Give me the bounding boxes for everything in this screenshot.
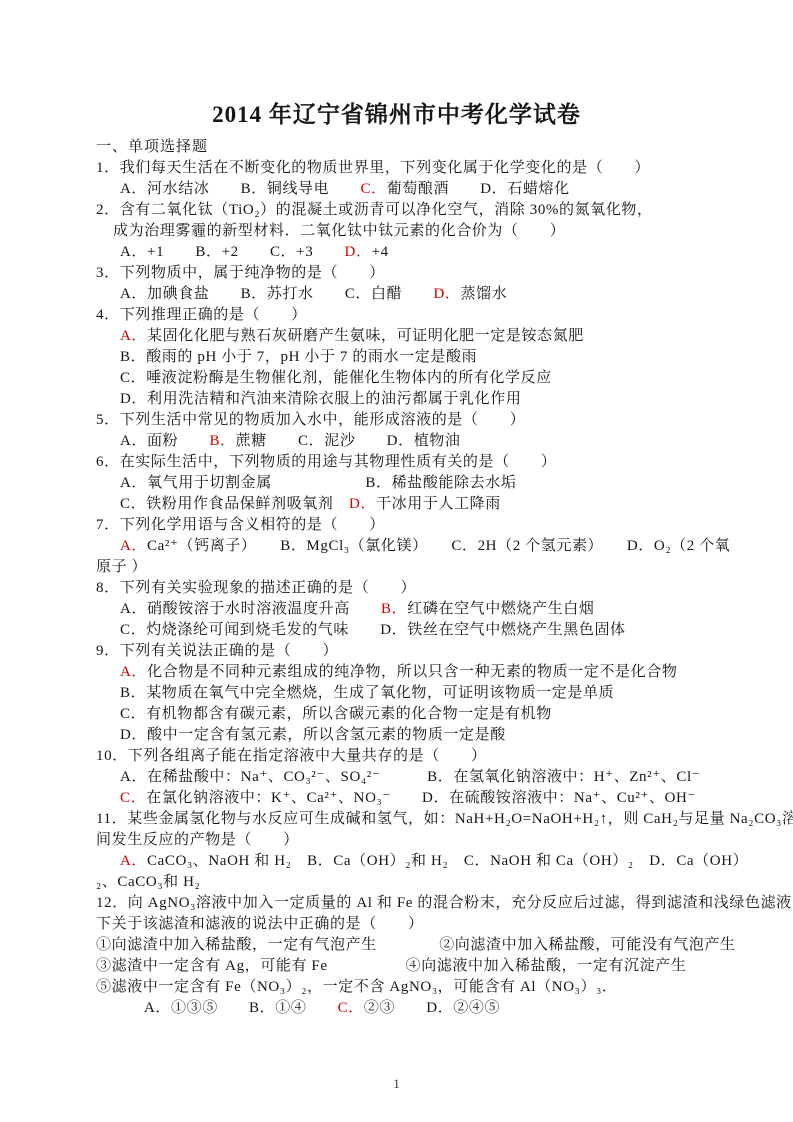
text-segment: A．河水结冰 B．铜线导电 bbox=[120, 181, 360, 197]
text-line: C．有机物都含有碳元素，所以含碳元素的化合物一定是有机物 bbox=[96, 704, 733, 725]
text-segment: Ca²⁺（钙离子） B．MgCl₃（氯化镁） C．2H（2 个氢元素） D．O₂… bbox=[147, 538, 730, 554]
text-segment: ③滤渣中一定含有 Ag，可能有 Fe ④向滤液中加入稀盐酸，一定有沉淀产生 bbox=[96, 958, 686, 974]
text-line: ①向滤渣中加入稀盐酸，一定有气泡产生 ②向滤渣中加入稀盐酸，可能没有气泡产生 bbox=[96, 935, 733, 956]
correct-answer-letter: C． bbox=[338, 1000, 364, 1016]
text-segment: D．酸中一定含有氢元素，所以含氢元素的物质一定是酸 bbox=[120, 727, 506, 743]
text-line: 12．向 AgNO₃溶液中加入一定质量的 Al 和 Fe 的混合粉末，充分反应后… bbox=[96, 893, 733, 914]
section-heading: 一、单项选择题 bbox=[96, 137, 793, 158]
text-line: ⑤滤液中一定含有 Fe（NO₃）₂，一定不含 AgNO₃，可能含有 Al（NO₃… bbox=[96, 977, 733, 998]
text-line: A．+1 B．+2 C．+3 D．+4 bbox=[96, 242, 733, 263]
text-segment: 成为治理雾霾的新型材料．二氧化钛中钛元素的化合价为（ ） bbox=[113, 223, 565, 239]
text-segment: 4．下列推理正确的是（ ） bbox=[96, 307, 307, 323]
text-segment: A．面粉 bbox=[120, 433, 209, 449]
correct-answer-letter: C． bbox=[120, 790, 146, 806]
text-line: 8．下列有关实验现象的描述正确的是（ ） bbox=[96, 578, 733, 599]
text-segment: 12．向 AgNO₃溶液中加入一定质量的 Al 和 Fe 的混合粉末，充分反应后… bbox=[96, 895, 793, 911]
text-segment: ⑤滤液中一定含有 Fe（NO₃）₂，一定不含 AgNO₃，可能含有 Al（NO₃… bbox=[96, 979, 618, 995]
text-line: 7．下列化学用语与含义相符的是（ ） bbox=[96, 515, 733, 536]
text-line: A．加碘食盐 B．苏打水 C．白醋 D．蒸馏水 bbox=[96, 284, 733, 305]
text-segment: 3．下列物质中，属于纯净物的是（ ） bbox=[96, 265, 385, 281]
text-line: A．Ca²⁺（钙离子） B．MgCl₃（氯化镁） C．2H（2 个氢元素） D．… bbox=[96, 536, 733, 557]
correct-answer-letter: D． bbox=[349, 496, 376, 512]
text-line: 原子 ） bbox=[96, 557, 733, 578]
text-segment: C．铁粉用作食品保鲜剂吸氧剂 bbox=[120, 496, 349, 512]
text-segment: 1．我们每天生活在不断变化的物质世界里，下列变化属于化学变化的是（ ） bbox=[96, 160, 650, 176]
text-line: 9．下列有关说法正确的是（ ） bbox=[96, 641, 733, 662]
text-segment: ②③ D．②④⑤ bbox=[364, 1000, 500, 1016]
correct-answer-letter: B． bbox=[381, 601, 407, 617]
text-segment: 2．含有二氧化钛（TiO₂）的混凝土或沥青可以净化空气，消除 30%的氮氧化物， bbox=[96, 202, 653, 218]
text-line: 间发生反应的产物是（ ） bbox=[96, 830, 733, 851]
text-segment: CaCO₃、NaOH 和 H₂ B．Ca（OH）₂和 H₂ C．NaOH 和 C… bbox=[147, 853, 748, 869]
text-line: 1．我们每天生活在不断变化的物质世界里，下列变化属于化学变化的是（ ） bbox=[96, 158, 733, 179]
text-segment: ①向滤渣中加入稀盐酸，一定有气泡产生 ②向滤渣中加入稀盐酸，可能没有气泡产生 bbox=[96, 937, 736, 953]
text-segment: C．有机物都含有碳元素，所以含碳元素的化合物一定是有机物 bbox=[120, 706, 552, 722]
correct-answer-letter: C． bbox=[360, 181, 386, 197]
text-segment: 间发生反应的产物是（ ） bbox=[96, 832, 299, 848]
text-line: A．面粉 B．蔗糖 C．泥沙 D．植物油 bbox=[96, 431, 733, 452]
text-line: 成为治理雾霾的新型材料．二氧化钛中钛元素的化合价为（ ） bbox=[96, 221, 733, 242]
text-line: C．铁粉用作食品保鲜剂吸氧剂 D．干冰用于人工降雨 bbox=[96, 494, 733, 515]
exam-page: 2014 年辽宁省锦州市中考化学试卷 一、单项选择题 1．我们每天生活在不断变化… bbox=[0, 0, 793, 1122]
text-line: A．某固化化肥与熟石灰研磨产生氨味，可证明化肥一定是铵态氮肥 bbox=[96, 326, 733, 347]
text-segment: 8．下列有关实验现象的描述正确的是（ ） bbox=[96, 580, 416, 596]
text-line: 6．在实际生活中，下列物质的用途与其物理性质有关的是（ ） bbox=[96, 452, 733, 473]
text-segment: 红磷在空气中燃烧产生白烟 bbox=[407, 601, 594, 617]
text-segment: 蔗糖 C．泥沙 D．植物油 bbox=[236, 433, 461, 449]
text-segment: 7．下列化学用语与含义相符的是（ ） bbox=[96, 517, 385, 533]
text-segment: 化合物是不同种元素组成的纯净物，所以只含一种无素的物质一定不是化合物 bbox=[147, 664, 677, 680]
page-title: 2014 年辽宁省锦州市中考化学试卷 bbox=[0, 0, 793, 130]
text-segment: 葡萄酿酒 D．石蜡熔化 bbox=[387, 181, 570, 197]
text-line: A．在稀盐酸中：Na⁺、CO₃²⁻、SO₄²⁻ B．在氢氧化钠溶液中：H⁺、Zn… bbox=[96, 767, 733, 788]
correct-answer-letter: A． bbox=[120, 328, 147, 344]
text-segment: 某固化化肥与熟石灰研磨产生氨味，可证明化肥一定是铵态氮肥 bbox=[147, 328, 584, 344]
text-segment: 10．下列各组离子能在指定溶液中大量共存的是（ ） bbox=[96, 748, 487, 764]
text-line: A．①③⑤ B．①④ C．②③ D．②④⑤ bbox=[96, 998, 733, 1019]
text-line: D．利用洗洁精和汽油来清除衣服上的油污都属于乳化作用 bbox=[96, 389, 733, 410]
text-line: C．在氯化钠溶液中：K⁺、Ca²⁺、NO₃⁻ D．在硫酸铵溶液中：Na⁺、Cu²… bbox=[96, 788, 733, 809]
page-number: 1 bbox=[0, 1076, 793, 1092]
text-segment: B．某物质在氧气中完全燃烧，生成了氧化物，可证明该物质一定是单质 bbox=[120, 685, 614, 701]
text-line: 11．某些金属氢化物与水反应可生成碱和氢气，如：NaH+H₂O=NaOH+H₂↑… bbox=[96, 809, 733, 830]
correct-answer-letter: B． bbox=[209, 433, 235, 449]
text-line: C．灼烧涤纶可闻到烧毛发的气味 D．铁丝在空气中燃烧产生黑色固体 bbox=[96, 620, 733, 641]
text-line: 5．下列生活中常见的物质加入水中，能形成溶液的是（ ） bbox=[96, 410, 733, 431]
text-segment: 5．下列生活中常见的物质加入水中，能形成溶液的是（ ） bbox=[96, 412, 525, 428]
correct-answer-letter: D． bbox=[345, 244, 372, 260]
text-line: C．唾液淀粉酶是生物催化剂，能催化生物体内的所有化学反应 bbox=[96, 368, 733, 389]
text-line: ③滤渣中一定含有 Ag，可能有 Fe ④向滤液中加入稀盐酸，一定有沉淀产生 bbox=[96, 956, 733, 977]
correct-answer-letter: D． bbox=[433, 286, 460, 302]
document-body: 1．我们每天生活在不断变化的物质世界里，下列变化属于化学变化的是（ ）A．河水结… bbox=[96, 158, 733, 1019]
text-segment: A．氧气用于切割金属 B．稀盐酸能除去水垢 bbox=[120, 475, 516, 491]
text-segment: A．在稀盐酸中：Na⁺、CO₃²⁻、SO₄²⁻ B．在氢氧化钠溶液中：H⁺、Zn… bbox=[120, 769, 700, 785]
text-segment: 下关于该滤渣和滤液的说法中正确的是（ ） bbox=[96, 916, 424, 932]
text-line: A．CaCO₃、NaOH 和 H₂ B．Ca（OH）₂和 H₂ C．NaOH 和… bbox=[96, 851, 733, 872]
text-line: B．酸雨的 pH 小于 7，pH 小于 7 的雨水一定是酸雨 bbox=[96, 347, 733, 368]
text-segment: 蒸馏水 bbox=[461, 286, 508, 302]
text-segment: 11．某些金属氢化物与水反应可生成碱和氢气，如：NaH+H₂O=NaOH+H₂↑… bbox=[96, 811, 793, 827]
correct-answer-letter: A． bbox=[120, 538, 147, 554]
text-segment: A．①③⑤ B．①④ bbox=[144, 1000, 338, 1016]
text-segment: 6．在实际生活中，下列物质的用途与其物理性质有关的是（ ） bbox=[96, 454, 557, 470]
text-segment: C．唾液淀粉酶是生物催化剂，能催化生物体内的所有化学反应 bbox=[120, 370, 552, 386]
text-segment: A．加碘食盐 B．苏打水 C．白醋 bbox=[120, 286, 433, 302]
correct-answer-letter: A． bbox=[120, 664, 147, 680]
text-segment: 在氯化钠溶液中：K⁺、Ca²⁺、NO₃⁻ D．在硫酸铵溶液中：Na⁺、Cu²⁺、… bbox=[146, 790, 696, 806]
text-line: D．酸中一定含有氢元素，所以含氢元素的物质一定是酸 bbox=[96, 725, 733, 746]
text-line: A．氧气用于切割金属 B．稀盐酸能除去水垢 bbox=[96, 473, 733, 494]
text-segment: B．酸雨的 pH 小于 7，pH 小于 7 的雨水一定是酸雨 bbox=[120, 349, 477, 365]
text-segment: 干冰用于人工降雨 bbox=[376, 496, 501, 512]
text-line: B．某物质在氧气中完全燃烧，生成了氧化物，可证明该物质一定是单质 bbox=[96, 683, 733, 704]
text-line: 10．下列各组离子能在指定溶液中大量共存的是（ ） bbox=[96, 746, 733, 767]
text-segment: C．灼烧涤纶可闻到烧毛发的气味 D．铁丝在空气中燃烧产生黑色固体 bbox=[120, 622, 626, 638]
text-line: 下关于该滤渣和滤液的说法中正确的是（ ） bbox=[96, 914, 733, 935]
text-segment: ₂、CaCO₃和 H₂ bbox=[96, 874, 200, 890]
text-segment: A．硝酸铵溶于水时溶液温度升高 bbox=[120, 601, 381, 617]
text-line: A．化合物是不同种元素组成的纯净物，所以只含一种无素的物质一定不是化合物 bbox=[96, 662, 733, 683]
text-segment: +4 bbox=[372, 244, 389, 260]
text-segment: D．利用洗洁精和汽油来清除衣服上的油污都属于乳化作用 bbox=[120, 391, 521, 407]
text-line: 3．下列物质中，属于纯净物的是（ ） bbox=[96, 263, 733, 284]
text-line: ₂、CaCO₃和 H₂ bbox=[96, 872, 733, 893]
text-segment: A．+1 B．+2 C．+3 bbox=[120, 244, 345, 260]
text-segment: 9．下列有关说法正确的是（ ） bbox=[96, 643, 338, 659]
text-line: 4．下列推理正确的是（ ） bbox=[96, 305, 733, 326]
text-segment: 原子 ） bbox=[96, 559, 147, 575]
text-line: A．河水结冰 B．铜线导电 C．葡萄酿酒 D．石蜡熔化 bbox=[96, 179, 733, 200]
text-line: 2．含有二氧化钛（TiO₂）的混凝土或沥青可以净化空气，消除 30%的氮氧化物， bbox=[96, 200, 733, 221]
correct-answer-letter: A． bbox=[120, 853, 147, 869]
text-line: A．硝酸铵溶于水时溶液温度升高 B．红磷在空气中燃烧产生白烟 bbox=[96, 599, 733, 620]
